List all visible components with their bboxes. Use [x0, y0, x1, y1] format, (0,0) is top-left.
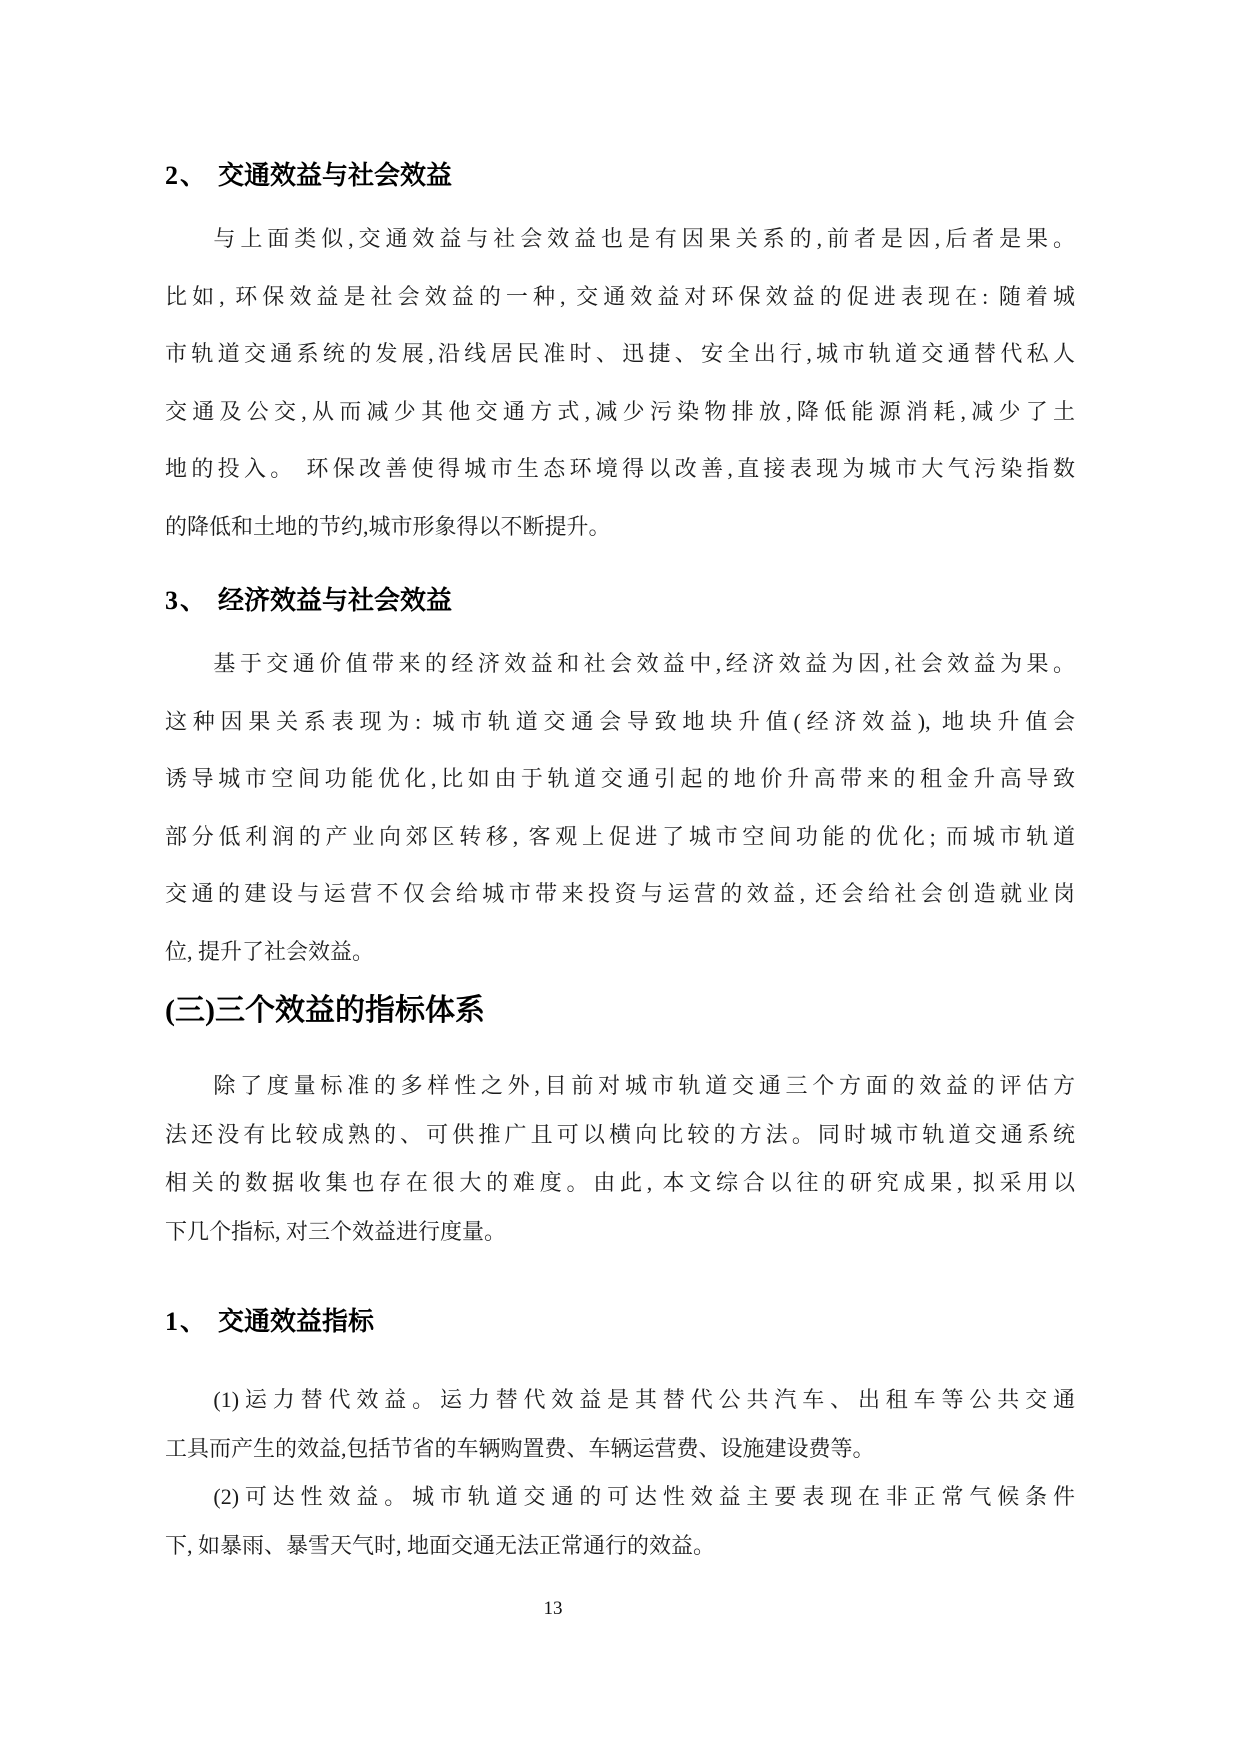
body-paragraph: 除了度量标准的多样性之外,目前对城市轨道交通三个方面的效益的评估方法还没有比较成…: [165, 1062, 1075, 1256]
section-heading: (三)三个效益的指标体系: [165, 988, 1075, 1034]
text-line: (1)运力替代效益。运力替代效益是其替代公共汽车、出租车等公共交通: [165, 1376, 1075, 1425]
heading-label: (三)三个效益的指标体系: [165, 994, 485, 1027]
text-line: 这种因果关系表现为: 城市轨道交通会导致地块升值(经济效益), 地块升值会: [165, 693, 1075, 751]
body-paragraph: (2)可达性效益。城市轨道交通的可达性效益主要表现在非正常气候条件下, 如暴雨、…: [165, 1473, 1075, 1570]
text-line: 比如, 环保效益是社会效益的一种, 交通效益对环保效益的促进表现在: 随着城: [165, 268, 1075, 326]
text-line: 诱导城市空间功能优化,比如由于轨道交通引起的地价升高带来的租金升高导致: [165, 750, 1075, 808]
text-line: 下几个指标, 对三个效益进行度量。: [165, 1208, 1075, 1257]
text-line: 下, 如暴雨、暴雪天气时, 地面交通无法正常通行的效益。: [165, 1522, 1075, 1571]
text-line: 市轨道交通系统的发展,沿线居民准时、迅捷、安全出行,城市轨道交通替代私人: [165, 325, 1075, 383]
heading-number: 1、: [165, 1307, 208, 1336]
document-page: 2、交通效益与社会效益与上面类似,交通效益与社会效益也是有因果关系的,前者是因,…: [0, 0, 1240, 1754]
section-heading: 1、交通效益指标: [165, 1304, 1075, 1340]
text-line: 位, 提升了社会效益。: [165, 923, 1075, 981]
text-line: 交通及公交,从而减少其他交通方式,减少污染物排放,降低能源消耗,减少了土: [165, 383, 1075, 441]
text-line: 工具而产生的效益,包括节省的车辆购置费、车辆运营费、设施建设费等。: [165, 1425, 1075, 1474]
text-line: (2)可达性效益。城市轨道交通的可达性效益主要表现在非正常气候条件: [165, 1473, 1075, 1522]
body-paragraph: 与上面类似,交通效益与社会效益也是有因果关系的,前者是因,后者是果。比如, 环保…: [165, 210, 1075, 555]
text-line: 基于交通价值带来的经济效益和社会效益中,经济效益为因,社会效益为果。: [165, 635, 1075, 693]
document-content: 2、交通效益与社会效益与上面类似,交通效益与社会效益也是有因果关系的,前者是因,…: [165, 140, 1075, 1570]
heading-number: 3、: [165, 586, 208, 615]
body-paragraph: (1)运力替代效益。运力替代效益是其替代公共汽车、出租车等公共交通工具而产生的效…: [165, 1376, 1075, 1473]
page-footer: 13: [0, 1598, 1106, 1620]
text-line: 除了度量标准的多样性之外,目前对城市轨道交通三个方面的效益的评估方: [165, 1062, 1075, 1111]
text-line: 部分低利润的产业向郊区转移, 客观上促进了城市空间功能的优化; 而城市轨道: [165, 808, 1075, 866]
text-line: 与上面类似,交通效益与社会效益也是有因果关系的,前者是因,后者是果。: [165, 210, 1075, 268]
section-heading: 2、交通效益与社会效益: [165, 156, 1075, 196]
text-line: 法还没有比较成熟的、可供推广且可以横向比较的方法。同时城市轨道交通系统: [165, 1111, 1075, 1160]
text-line: 地的投入。 环保改善使得城市生态环境得以改善,直接表现为城市大气污染指数: [165, 440, 1075, 498]
text-line: 交通的建设与运营不仅会给城市带来投资与运营的效益, 还会给社会创造就业岗: [165, 865, 1075, 923]
section-heading: 3、经济效益与社会效益: [165, 581, 1075, 621]
body-paragraph: 基于交通价值带来的经济效益和社会效益中,经济效益为因,社会效益为果。这种因果关系…: [165, 635, 1075, 980]
heading-number: 2、: [165, 161, 208, 190]
text-line: 的降低和土地的节约,城市形象得以不断提升。: [165, 498, 1075, 556]
page-number: 13: [544, 1598, 563, 1619]
text-line: 相关的数据收集也存在很大的难度。由此, 本文综合以往的研究成果, 拟采用以: [165, 1159, 1075, 1208]
heading-label: 交通效益与社会效益: [218, 161, 452, 190]
heading-label: 经济效益与社会效益: [218, 586, 452, 615]
heading-label: 交通效益指标: [218, 1307, 374, 1336]
